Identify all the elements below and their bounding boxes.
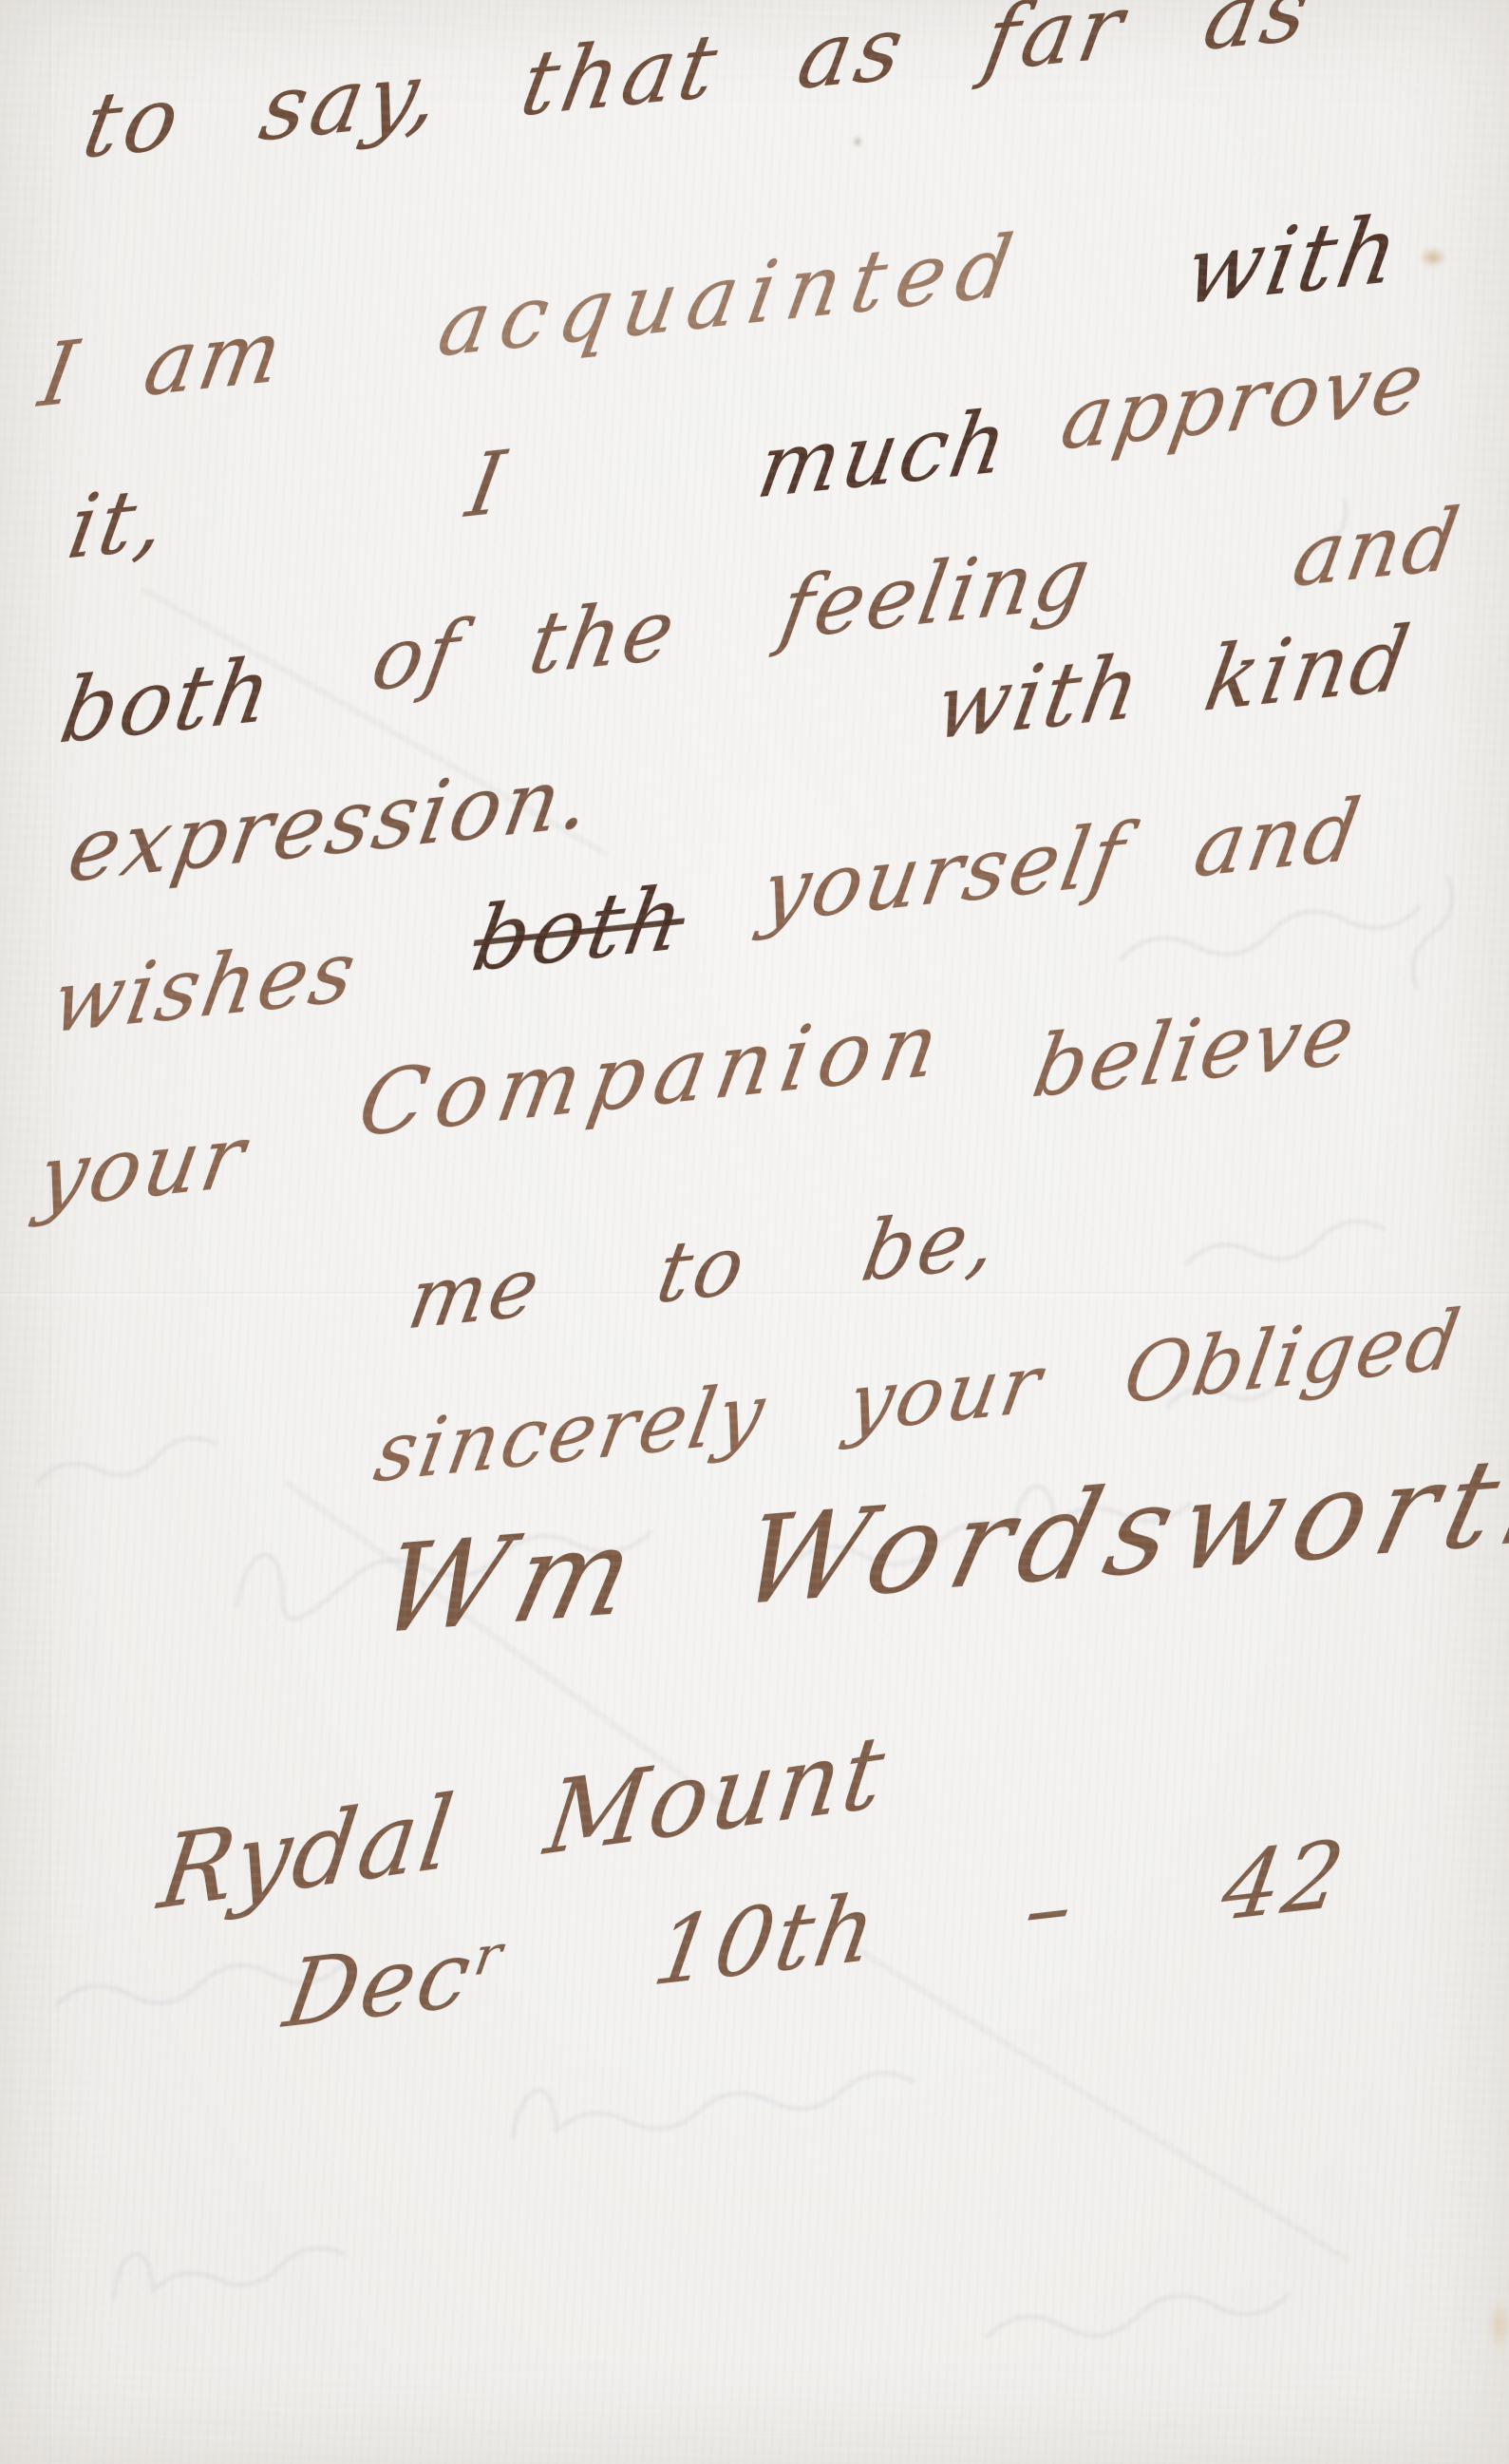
show-through-stroke xyxy=(36,1432,219,1492)
crease-shadow xyxy=(855,1947,1349,2261)
handwriting-line-2-end: with xyxy=(1179,202,1407,318)
ink-speck xyxy=(853,137,862,146)
handwriting-line-4-word: feeling xyxy=(775,535,1099,653)
handwriting-line-3-pronoun: I xyxy=(461,440,513,531)
handwriting-line-4-end: and xyxy=(1288,496,1467,598)
letter-page: to say, that as far as I am acquainted w… xyxy=(0,0,1509,2464)
show-through-stroke xyxy=(507,2038,915,2150)
handwriting-line-6-struck-word: both xyxy=(466,873,692,985)
show-through-stroke xyxy=(986,2281,1291,2351)
handwriting-line-3-start: it, xyxy=(62,475,174,573)
handwriting-line-5-start: expression. xyxy=(62,753,599,896)
handwriting-line-2-middle: acquainted xyxy=(433,222,1029,370)
handwriting-line-3-end: approve xyxy=(1056,339,1433,463)
handwriting-line-4-middle: of the xyxy=(367,586,684,704)
handwriting-line-7-end: believe xyxy=(1028,991,1364,1110)
stain-right-edge xyxy=(1487,2299,1509,2352)
handwriting-line-4-start: both xyxy=(54,645,280,757)
handwriting-line-8: me to be, xyxy=(403,1197,1006,1342)
ink-stain-top-right xyxy=(1419,247,1447,268)
handwriting-line-7-start: your xyxy=(31,1113,253,1223)
handwriting-line-1: to say, that as far as xyxy=(77,0,1320,172)
handwriting-line-6-end: yourself and xyxy=(756,787,1368,936)
handwriting-line-3-middle: much xyxy=(751,398,1016,512)
handwriting-line-2-start: I am xyxy=(33,308,291,421)
show-through-stroke xyxy=(1406,876,1458,991)
show-through-stroke xyxy=(1118,893,1422,974)
show-through-stroke xyxy=(1185,1217,1386,1276)
show-through-stroke xyxy=(106,2215,346,2310)
handwriting-line-7-middle: Companion xyxy=(352,999,953,1150)
handwriting-line-6-start: wishes xyxy=(47,928,365,1046)
